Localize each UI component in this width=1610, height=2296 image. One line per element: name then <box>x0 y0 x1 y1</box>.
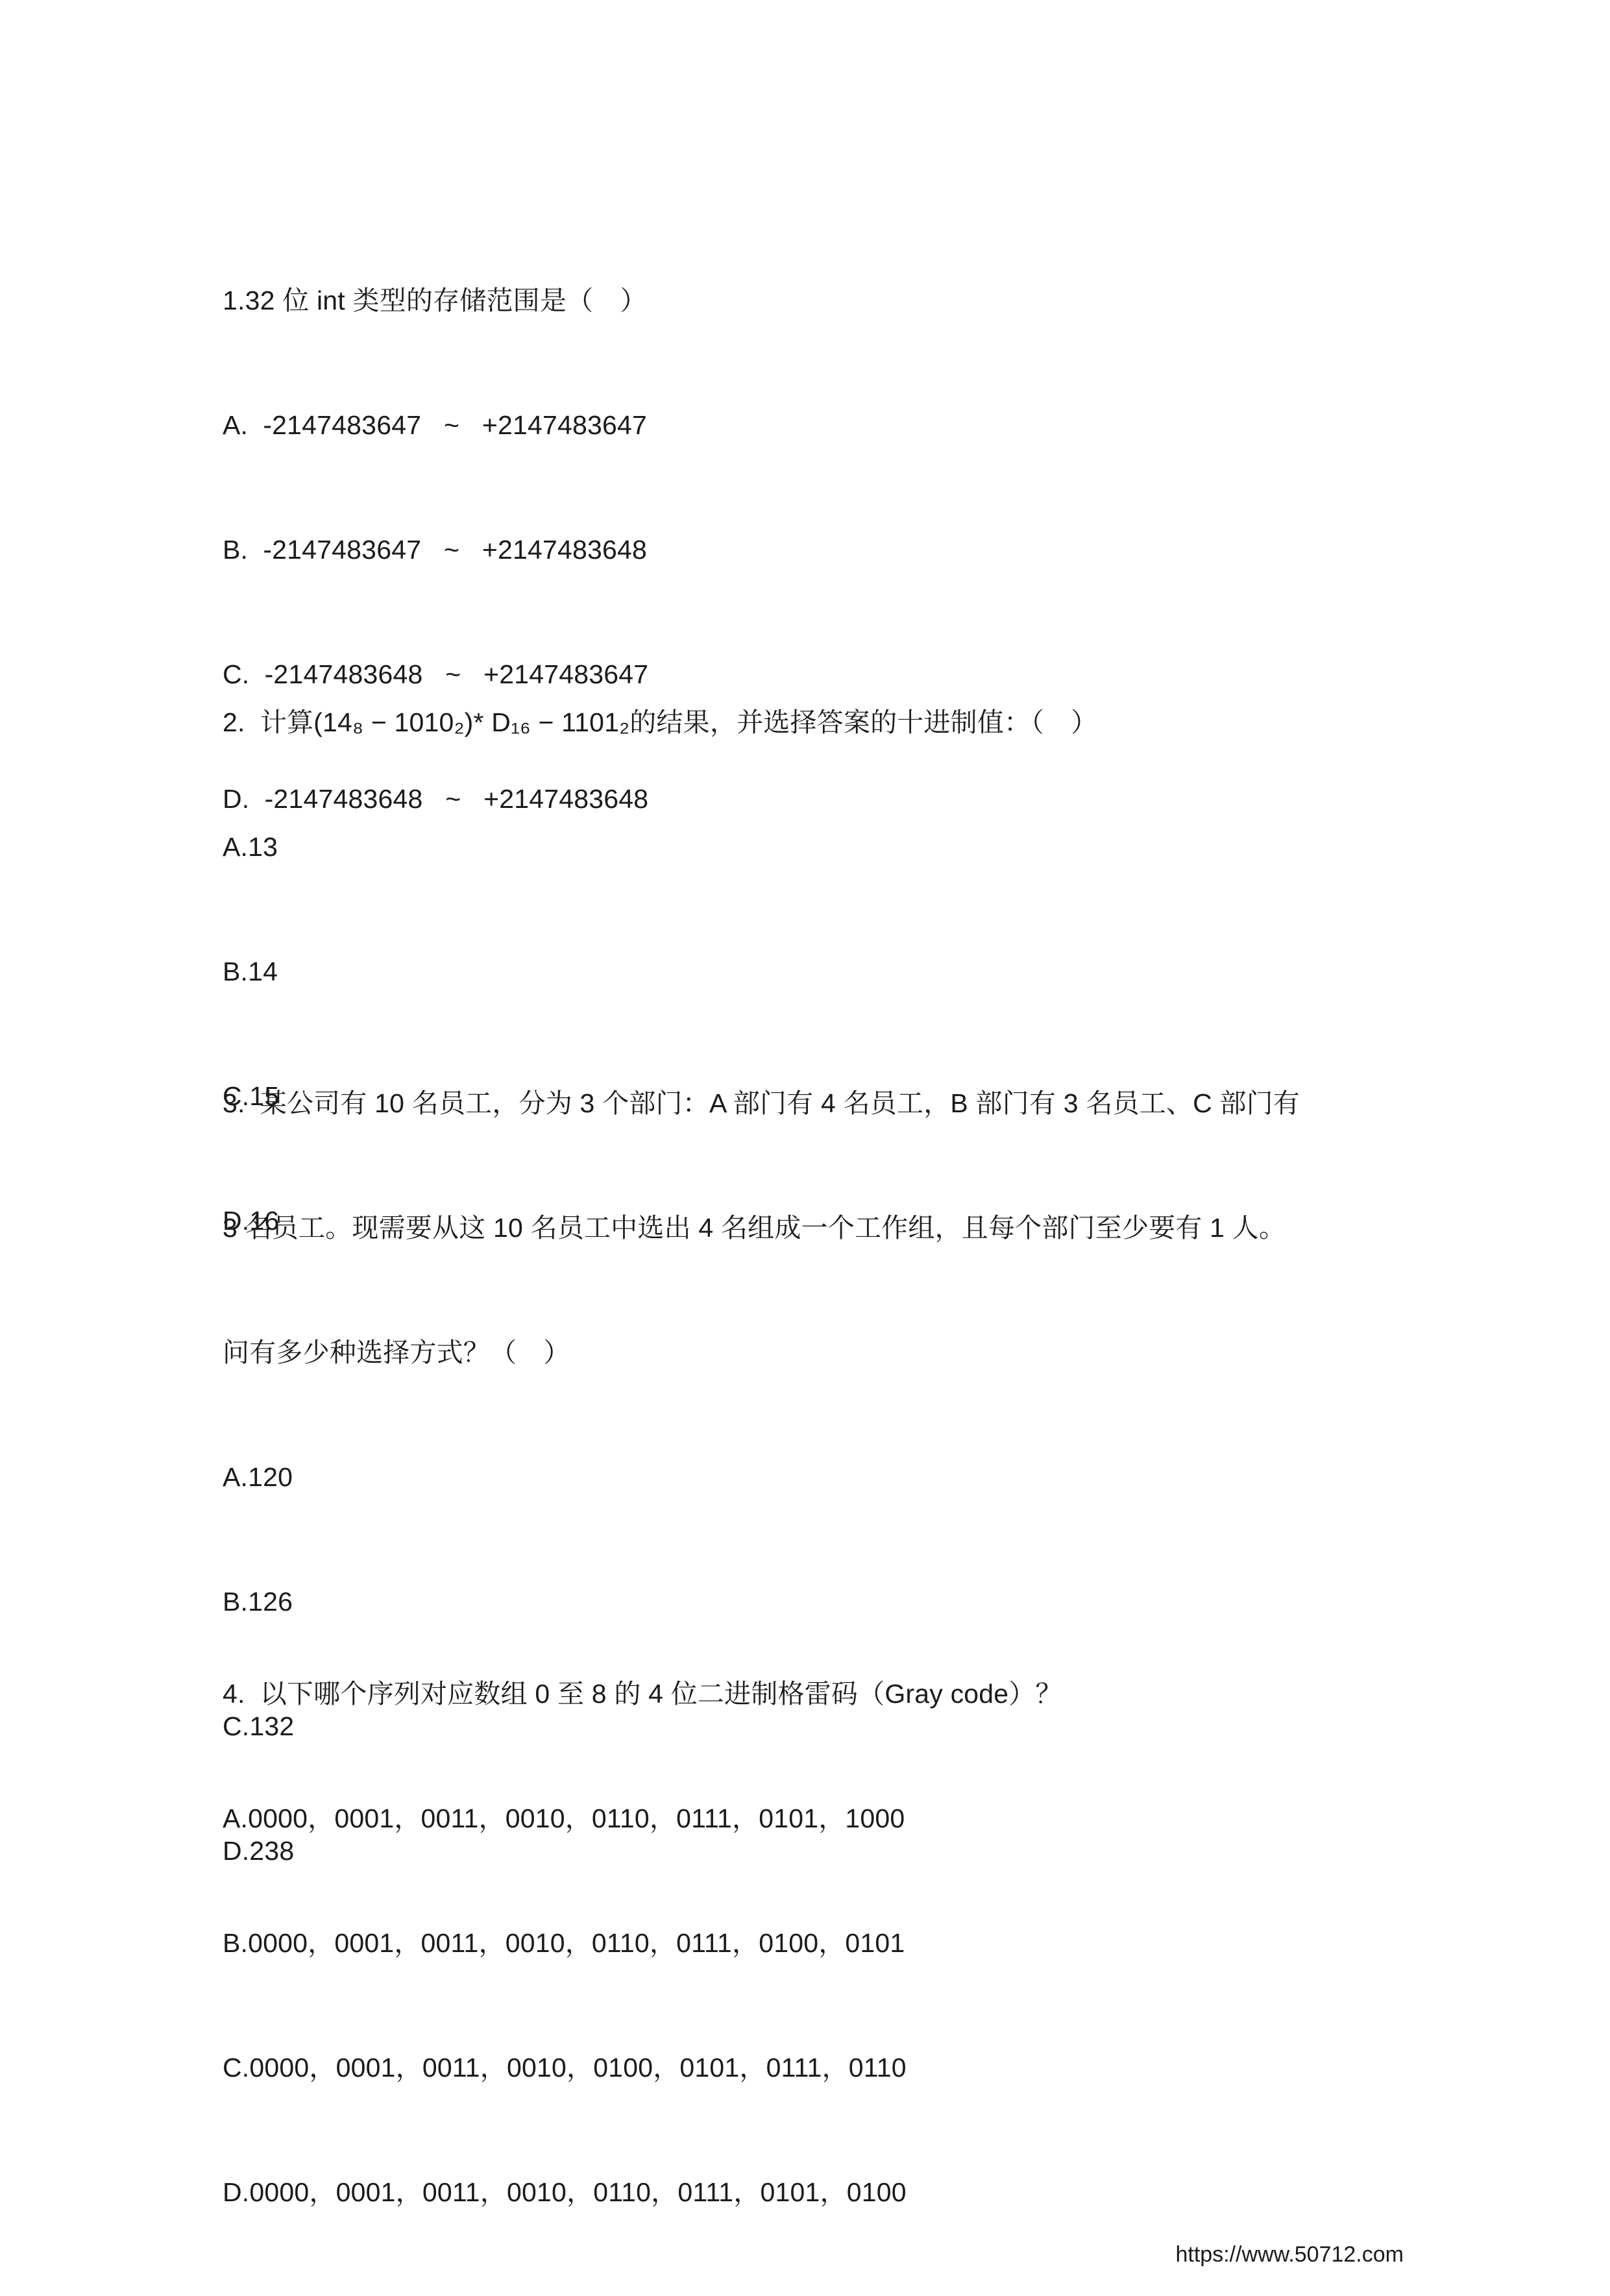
question-3-option-a: A.120 <box>223 1456 1404 1498</box>
question-1-title: 1.32 位 int 类型的存储范围是（ ） <box>223 280 1404 321</box>
question-1-option-a: A. -2147483647 ~ +2147483647 <box>223 404 1404 446</box>
question-2-option-a: A.13 <box>223 826 1404 868</box>
question-4-title: 4. 以下哪个序列对应数组 0 至 8 的 4 位二进制格雷码（Gray cod… <box>223 1673 1404 1715</box>
question-2-title: 2. 计算(14₈ − 1010₂)* D₁₆ − 1101₂的结果，并选择答案… <box>223 702 1404 743</box>
question-3-title-line-2: 3 名员工。现需要从这 10 名员工中选出 4 名组成一个工作组，且每个部门至少… <box>223 1207 1404 1249</box>
question-4: 4. 以下哪个序列对应数组 0 至 8 的 4 位二进制格雷码（Gray cod… <box>223 1590 1404 2296</box>
document-page: 1.32 位 int 类型的存储范围是（ ） A. -2147483647 ~ … <box>0 0 1610 2277</box>
question-3-title-line-3: 问有多少种选择方式？（ ） <box>223 1332 1404 1373</box>
question-4-option-d: D.0000，0001，0011，0010，0110，0111，0101，010… <box>223 2171 1404 2213</box>
question-2-option-b: B.14 <box>223 951 1404 992</box>
question-4-option-b: B.0000，0001，0011，0010，0110，0111，0100，010… <box>223 1922 1404 1964</box>
question-3-title-line-1: 3. 某公司有 10 名员工，分为 3 个部门：A 部门有 4 名员工，B 部门… <box>223 1082 1404 1124</box>
question-4-option-c: C.0000，0001，0011，0010，0100，0101，0111，011… <box>223 2047 1404 2088</box>
footer-url: https://www.50712.com <box>1175 2240 1404 2269</box>
question-4-option-a: A.0000，0001，0011，0010，0110，0111，0101，100… <box>223 1798 1404 1839</box>
question-1-option-b: B. -2147483647 ~ +2147483648 <box>223 529 1404 570</box>
